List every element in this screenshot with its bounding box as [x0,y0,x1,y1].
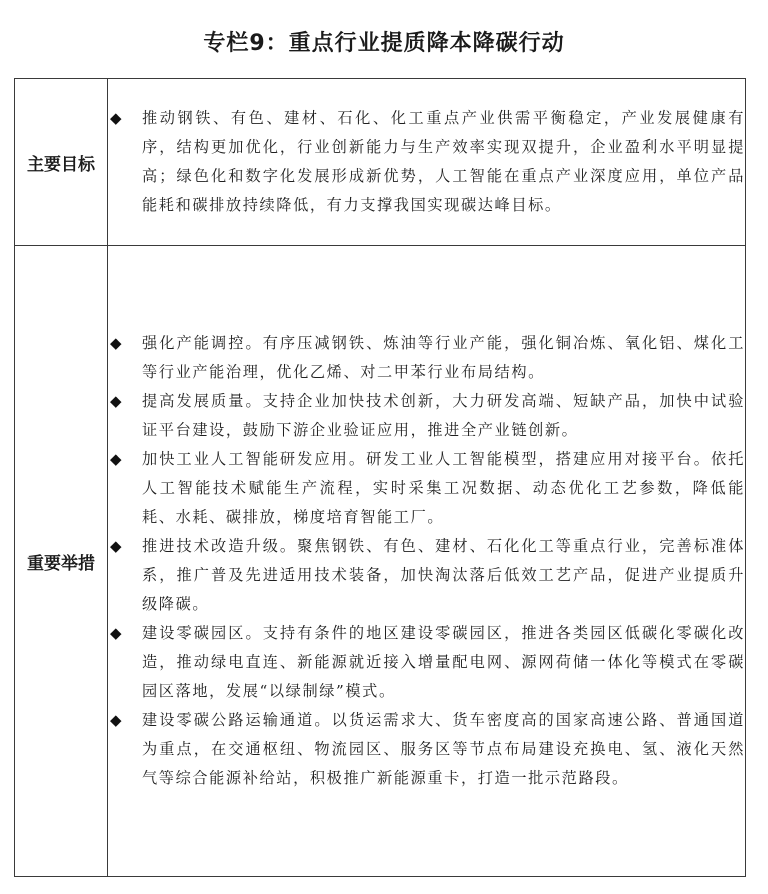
list-item: ◆ 加快工业人工智能研发应用。研发工业人工智能模型，搭建应用对接平台。依托人工智… [108,445,745,532]
list-item: ◆ 提高发展质量。支持企业加快技术创新，大力研发高端、短缺产品，加快中试验证平台… [108,387,745,445]
row-label-key-measures: 重要举措 [15,246,108,877]
diamond-bullet-icon: ◆ [110,619,123,648]
list-item-text: 提高发展质量。支持企业加快技术创新，大力研发高端、短缺产品，加快中试验证平台建设… [142,392,745,439]
row-content-key-measures: ◆ 强化产能调控。有序压减钢铁、炼油等行业产能，强化铜冶炼、氧化铝、煤化工等行业… [108,246,746,877]
diamond-bullet-icon: ◆ [110,445,123,474]
row-label-main-goals: 主要目标 [15,79,108,246]
table-row-key-measures: 重要举措 ◆ 强化产能调控。有序压减钢铁、炼油等行业产能，强化铜冶炼、氧化铝、煤… [15,246,746,877]
diamond-bullet-icon: ◆ [110,532,123,561]
diamond-bullet-icon: ◆ [110,104,123,133]
policy-box-table: 主要目标 ◆ 推动钢铁、有色、建材、石化、化工重点产业供需平衡稳定，产业发展健康… [14,78,746,877]
column-title: 专栏9：重点行业提质降本降碳行动 [0,26,768,57]
diamond-bullet-icon: ◆ [110,329,123,358]
list-item-text: 推动钢铁、有色、建材、石化、化工重点产业供需平衡稳定，产业发展健康有序，结构更加… [142,109,745,214]
diamond-bullet-icon: ◆ [110,706,123,735]
goal-list: ◆ 推动钢铁、有色、建材、石化、化工重点产业供需平衡稳定，产业发展健康有序，结构… [108,104,745,220]
list-item-text: 推进技术改造升级。聚焦钢铁、有色、建材、石化化工等重点行业，完善标准体系，推广普… [142,537,745,613]
list-item-text: 建设零碳公路运输通道。以货运需求大、货车密度高的国家高速公路、普通国道为重点，在… [142,711,745,787]
measure-list: ◆ 强化产能调控。有序压减钢铁、炼油等行业产能，强化铜冶炼、氧化铝、煤化工等行业… [108,329,745,793]
list-item-text: 强化产能调控。有序压减钢铁、炼油等行业产能，强化铜冶炼、氧化铝、煤化工等行业产能… [142,334,745,381]
row-content-main-goals: ◆ 推动钢铁、有色、建材、石化、化工重点产业供需平衡稳定，产业发展健康有序，结构… [108,79,746,246]
list-item: ◆ 建设零碳公路运输通道。以货运需求大、货车密度高的国家高速公路、普通国道为重点… [108,706,745,793]
list-item-text: 建设零碳园区。支持有条件的地区建设零碳园区，推进各类园区低碳化零碳化改造，推动绿… [142,624,745,700]
list-item: ◆ 推进技术改造升级。聚焦钢铁、有色、建材、石化化工等重点行业，完善标准体系，推… [108,532,745,619]
table-row-main-goals: 主要目标 ◆ 推动钢铁、有色、建材、石化、化工重点产业供需平衡稳定，产业发展健康… [15,79,746,246]
list-item: ◆ 推动钢铁、有色、建材、石化、化工重点产业供需平衡稳定，产业发展健康有序，结构… [108,104,745,220]
diamond-bullet-icon: ◆ [110,387,123,416]
list-item: ◆ 强化产能调控。有序压减钢铁、炼油等行业产能，强化铜冶炼、氧化铝、煤化工等行业… [108,329,745,387]
list-item-text: 加快工业人工智能研发应用。研发工业人工智能模型，搭建应用对接平台。依托人工智能技… [142,450,745,526]
list-item: ◆ 建设零碳园区。支持有条件的地区建设零碳园区，推进各类园区低碳化零碳化改造，推… [108,619,745,706]
